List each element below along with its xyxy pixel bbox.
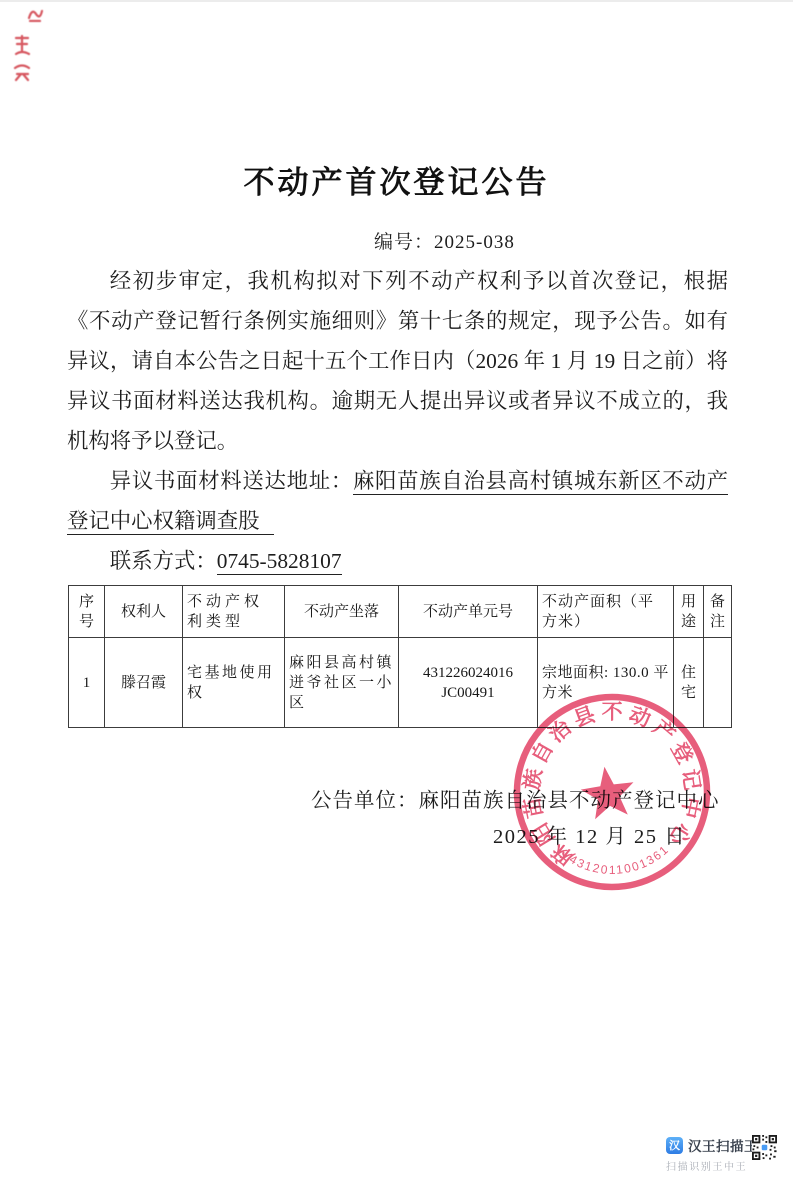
scanner-tagline: 扫描识别王中王 xyxy=(666,1158,758,1173)
cell-holder: 滕召霞 xyxy=(105,638,183,728)
cell-right-type: 宅基地使用权 xyxy=(183,638,285,728)
contact-label: 联系方式： xyxy=(110,549,217,573)
qr-code xyxy=(752,1135,777,1160)
stamp-star-icon xyxy=(578,763,638,821)
scanned-notice-page: 不动产首次登记公告 编号：2025-038 经初步审定，我机构拟对下列不动产权利… xyxy=(0,0,793,1177)
doc-number: 编号：2025-038 xyxy=(374,227,515,254)
scanner-app-name: 汉王扫描王 xyxy=(688,1135,758,1155)
table-header-row: 序号 权利人 不动产权利类型 不动产坐落 不动产单元号 不动产面积（平方米） 用… xyxy=(69,586,732,638)
notice-paragraph: 经初步审定，我机构拟对下列不动产权利予以首次登记，根据《不动产登记暂行条例实施细… xyxy=(67,261,728,461)
col-header-use: 用途 xyxy=(674,586,704,638)
red-ink-artifact xyxy=(13,62,31,84)
col-header-area: 不动产面积（平方米） xyxy=(538,586,674,638)
contact-line: 联系方式：0745-5828107 xyxy=(67,541,728,581)
official-seal-stamp: 麻阳苗族自治县不动产登记中心 4312011001361 xyxy=(502,682,722,902)
col-header-unit-no: 不动产单元号 xyxy=(399,586,538,638)
qr-center-logo xyxy=(762,1145,768,1151)
page-title: 不动产首次登记公告 xyxy=(0,157,793,202)
scan-edge-line xyxy=(0,0,793,2)
cell-seq: 1 xyxy=(69,638,105,728)
address-label: 异议书面材料送达地址： xyxy=(110,469,353,493)
cell-location: 麻阳县高村镇迸爷社区一小区 xyxy=(285,638,399,728)
col-header-holder: 权利人 xyxy=(105,586,183,638)
col-header-location: 不动产坐落 xyxy=(285,586,399,638)
red-ink-artifact xyxy=(27,6,43,22)
contact-value: 0745-5828107 xyxy=(217,549,342,575)
address-line: 异议书面材料送达地址：麻阳苗族自治县高村镇城东新区不动产登记中心权籍调查股 xyxy=(67,461,728,541)
notice-body: 经初步审定，我机构拟对下列不动产权利予以首次登记，根据《不动产登记暂行条例实施细… xyxy=(67,261,728,581)
red-ink-artifact xyxy=(13,34,31,56)
scanner-app-icon: 汉 xyxy=(666,1137,683,1154)
col-header-remark: 备注 xyxy=(704,586,732,638)
scanner-watermark: 汉 汉王扫描王 扫描识别王中王 xyxy=(666,1135,758,1173)
col-header-right-type: 不动产权利类型 xyxy=(183,586,285,638)
col-header-seq: 序号 xyxy=(69,586,105,638)
